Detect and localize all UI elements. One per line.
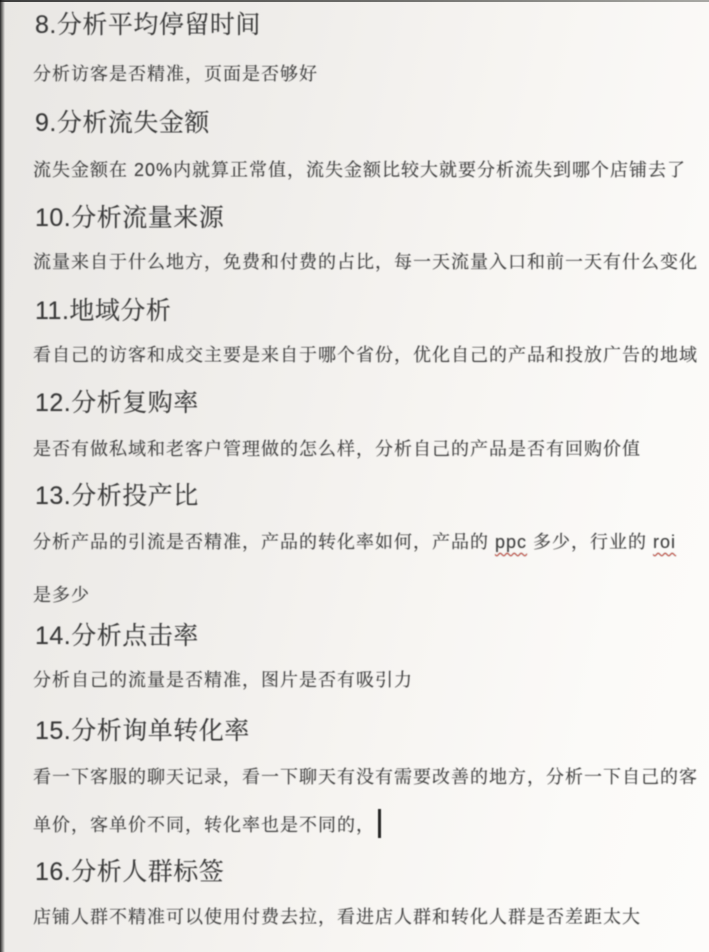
body-9[interactable]: 流失金额在 20%内就算正常值，流失金额比较大就要分析流失到哪个店铺去了 [33,158,686,183]
body-15-line-2-text: 单价，客单价不同，转化率也是不同的， [33,815,375,835]
body-13-text-1: 分析产品的引流是否精准，产品的转化率如何，产品的 [33,532,495,552]
body-11[interactable]: 看自己的访客和成交主要是来自于哪个省份，优化自己的产品和投放广告的地域 [33,343,698,368]
heading-11[interactable]: 11.地域分析 [35,297,171,325]
heading-13[interactable]: 13.分析投产比 [35,482,199,510]
body-15-line-1[interactable]: 看一下客服的聊天记录，看一下聊天有没有需要改善的地方，分析一下自己的客 [33,765,698,790]
spellcheck-term-ppc: ppc [495,532,527,552]
heading-10[interactable]: 10.分析流量来源 [35,204,224,232]
heading-12[interactable]: 12.分析复购率 [35,389,199,417]
heading-8[interactable]: 8.分析平均停留时间 [35,11,261,39]
body-8[interactable]: 分析访客是否精准，页面是否够好 [33,62,318,87]
heading-16[interactable]: 16.分析人群标签 [35,858,224,886]
body-12[interactable]: 是否有做私域和老客户管理做的怎么样，分析自己的产品是否有回购价值 [33,437,641,462]
body-16[interactable]: 店铺人群不精准可以使用付费去拉，看进店人群和转化人群是否差距太大 [33,905,641,930]
body-13-line-2[interactable]: 是多少 [33,583,90,608]
spellcheck-term-roi: roi [653,532,676,552]
heading-9[interactable]: 9.分析流失金额 [35,109,210,137]
document-page[interactable]: 8.分析平均停留时间 分析访客是否精准，页面是否够好 9.分析流失金额 流失金额… [0,0,709,952]
text-cursor [378,809,381,838]
heading-14[interactable]: 14.分析点击率 [35,622,199,650]
body-13-text-2: 多少，行业的 [527,532,653,552]
body-14[interactable]: 分析自己的流量是否精准，图片是否有吸引力 [33,668,413,693]
heading-15[interactable]: 15.分析询单转化率 [35,717,250,745]
document-content: 8.分析平均停留时间 分析访客是否精准，页面是否够好 9.分析流失金额 流失金额… [0,0,709,952]
body-13-line-1[interactable]: 分析产品的引流是否精准，产品的转化率如何，产品的 ppc 多少，行业的 roi [33,530,676,555]
body-15-line-2[interactable]: 单价，客单价不同，转化率也是不同的， [33,809,381,838]
body-10[interactable]: 流量来自于什么地方，免费和付费的占比，每一天流量入口和前一天有什么变化 [33,250,698,275]
